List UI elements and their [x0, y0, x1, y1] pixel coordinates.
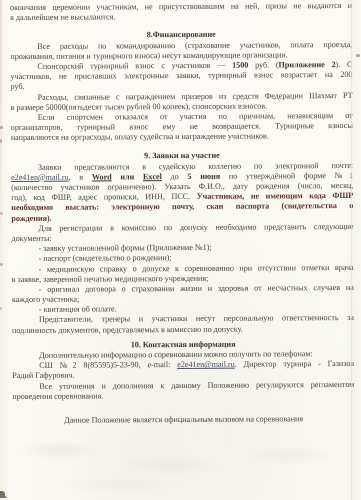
text-segment: - паспорт (свидетельство о рождении);: [39, 253, 172, 263]
para-contacts: СШ №2 8(85595)5-23-90, e-mail: e2e41en@m…: [12, 359, 354, 381]
scan-artifact: [0, 212, 3, 215]
bold-text: 1500: [232, 61, 248, 70]
para-sponsor-fee: Спонсорский турнирный взнос с участников…: [10, 60, 352, 93]
text-segment: СШ №2 8(85595)5-23-90, e-mail:: [39, 360, 177, 370]
text-line: - оригинал договора о страховании жизни …: [12, 283, 354, 295]
text-segment: Для регистрации в комиссию по допуску не…: [38, 222, 353, 233]
text-line: в дальнейшем не высылаются.: [10, 11, 352, 23]
text-segment: Спонсорский турнирный взнос с участников…: [37, 61, 232, 71]
list-item-medical: - медицинскую справку о допуске к соревн…: [12, 262, 354, 284]
para-prizes-continuation: окончания церемонии участникам, не прису…: [10, 1, 352, 23]
text-line: необходимо выслать: электронную почту, с…: [11, 201, 353, 213]
bold-text: Приложение 2: [279, 60, 336, 69]
para-official-invitation: Данное Положение является официальным вы…: [13, 414, 355, 426]
text-segment: окончания церемонии участникам, не прису…: [10, 1, 352, 12]
email-link[interactable]: e2e41en@mail.ru: [177, 360, 235, 369]
text-segment: - квитанция об оплате.: [39, 305, 117, 314]
para-refusal: Если спортсмен отказался от участия по п…: [11, 111, 353, 144]
text-segment: руб.: [10, 82, 24, 91]
text-segment: 10. Контактная информация: [131, 339, 236, 349]
text-segment: организаторов, турнирный взнос ему не во…: [11, 121, 353, 132]
text-segment: до: [162, 172, 188, 181]
text-segment: - заявку установленной формы (Приложение…: [38, 243, 211, 253]
text-segment: Расходы, связанные с награждением призер…: [38, 90, 353, 101]
text-segment: направляются на орграсходы, оплату судей…: [11, 132, 269, 143]
bold-text: или: [112, 172, 143, 181]
text-segment: руб. (: [248, 60, 278, 69]
text-segment: по утверждённой форме №1: [220, 171, 353, 181]
scan-artifact: [0, 139, 2, 143]
text-segment: (количество участников ограниченно). Ука…: [11, 181, 353, 192]
emphasis-red-text: рождения).: [11, 213, 51, 222]
text-line: проведения соревнования.: [12, 390, 354, 402]
para-applications: Заявки представляются в судейскую коллег…: [11, 161, 353, 224]
text-segment: Дополнительную информацию о соревновании…: [39, 349, 313, 360]
scan-artifact: [0, 126, 3, 129]
text-segment: год), код ФШР, адрес прописки, ИНН, ПСС.: [11, 192, 197, 202]
text-segment: . Директор турнира - Газизов: [235, 359, 355, 369]
text-segment: 8.Финансирование: [147, 30, 216, 39]
scan-artifact: [0, 263, 3, 266]
text-segment: Радий Гафурович.: [12, 371, 74, 380]
text-line: Данное Положение является официальным вы…: [13, 414, 355, 426]
bold-text: Excel: [143, 172, 162, 181]
text-segment: в заявке, заверенной печатью медицинског…: [12, 274, 209, 284]
text-segment: Все расходы по командированию (страхован…: [37, 40, 352, 51]
document-page: окончания церемонии участникам, не прису…: [0, 0, 361, 500]
document-content: окончания церемонии участникам, не прису…: [0, 0, 361, 426]
bold-text: 5 июня: [187, 172, 220, 181]
text-segment: Заявки представляются в судейскую коллег…: [38, 161, 353, 172]
list-item-insurance: - оригинал договора о страховании жизни …: [12, 283, 354, 305]
text-segment: Если спортсмен отказался от участия по п…: [38, 111, 353, 122]
page-bleed-through: [0, 420, 361, 500]
text-segment: Представители, тренеры и участники несут…: [39, 313, 354, 324]
para-awards-fund: Расходы, связанные с награждением призер…: [11, 90, 353, 112]
text-segment: в дальнейшем не высылаются.: [10, 13, 115, 23]
emphasis-red-text: Участникам, не имеющим кода ФШР: [197, 191, 354, 201]
scan-edge-light: [351, 0, 361, 500]
text-segment: участников, не приславших электронные за…: [10, 70, 352, 81]
scan-artifact: [356, 54, 360, 57]
emphasis-red-text: необходимо выслать: электронную почту, с…: [11, 201, 353, 212]
text-segment: проведения соревнования.: [12, 391, 103, 401]
email-link[interactable]: e2e41en@mail.ru: [11, 172, 69, 181]
text-segment: документы:: [11, 234, 51, 243]
text-segment: ). С: [335, 60, 352, 69]
text-segment: Данное Положение является официальным вы…: [64, 414, 303, 424]
text-segment: , в: [69, 172, 92, 181]
text-line: Все уточнения и дополнения к данному Пол…: [12, 380, 354, 392]
text-segment: - оригинал договора о страховании жизни …: [39, 283, 354, 294]
text-line: подлинность документов, представляемых в…: [12, 324, 354, 336]
text-segment: в размере 50000(пятьдесят тысяч рублей 0…: [11, 101, 267, 112]
text-line: направляются на орграсходы, оплату судей…: [11, 131, 353, 143]
scan-artifact-corner: [4, 496, 7, 498]
text-segment: 9. Заявки на участие: [144, 151, 220, 160]
para-expenses: Все расходы по командированию (страхован…: [10, 40, 352, 62]
text-segment: Все уточнения и дополнения к данному Пол…: [39, 380, 354, 391]
text-segment: - медицинскую справку о допуске к соревн…: [39, 262, 354, 273]
text-segment: проживания, питания и турнирного взноса)…: [10, 50, 287, 61]
bold-text: Word: [92, 172, 112, 181]
para-registration: Для регистрации в комиссию по допуску не…: [11, 222, 353, 244]
text-segment: каждого участника;: [12, 295, 79, 304]
scan-artifact: [0, 307, 2, 310]
para-responsibility: Представители, тренеры и участники несут…: [12, 313, 354, 335]
text-line: Для регистрации в комиссию по допуску не…: [11, 222, 353, 234]
text-segment: подлинность документов, представляемых в…: [12, 324, 243, 334]
para-amendments: Все уточнения и дополнения к данному Пол…: [12, 380, 354, 402]
